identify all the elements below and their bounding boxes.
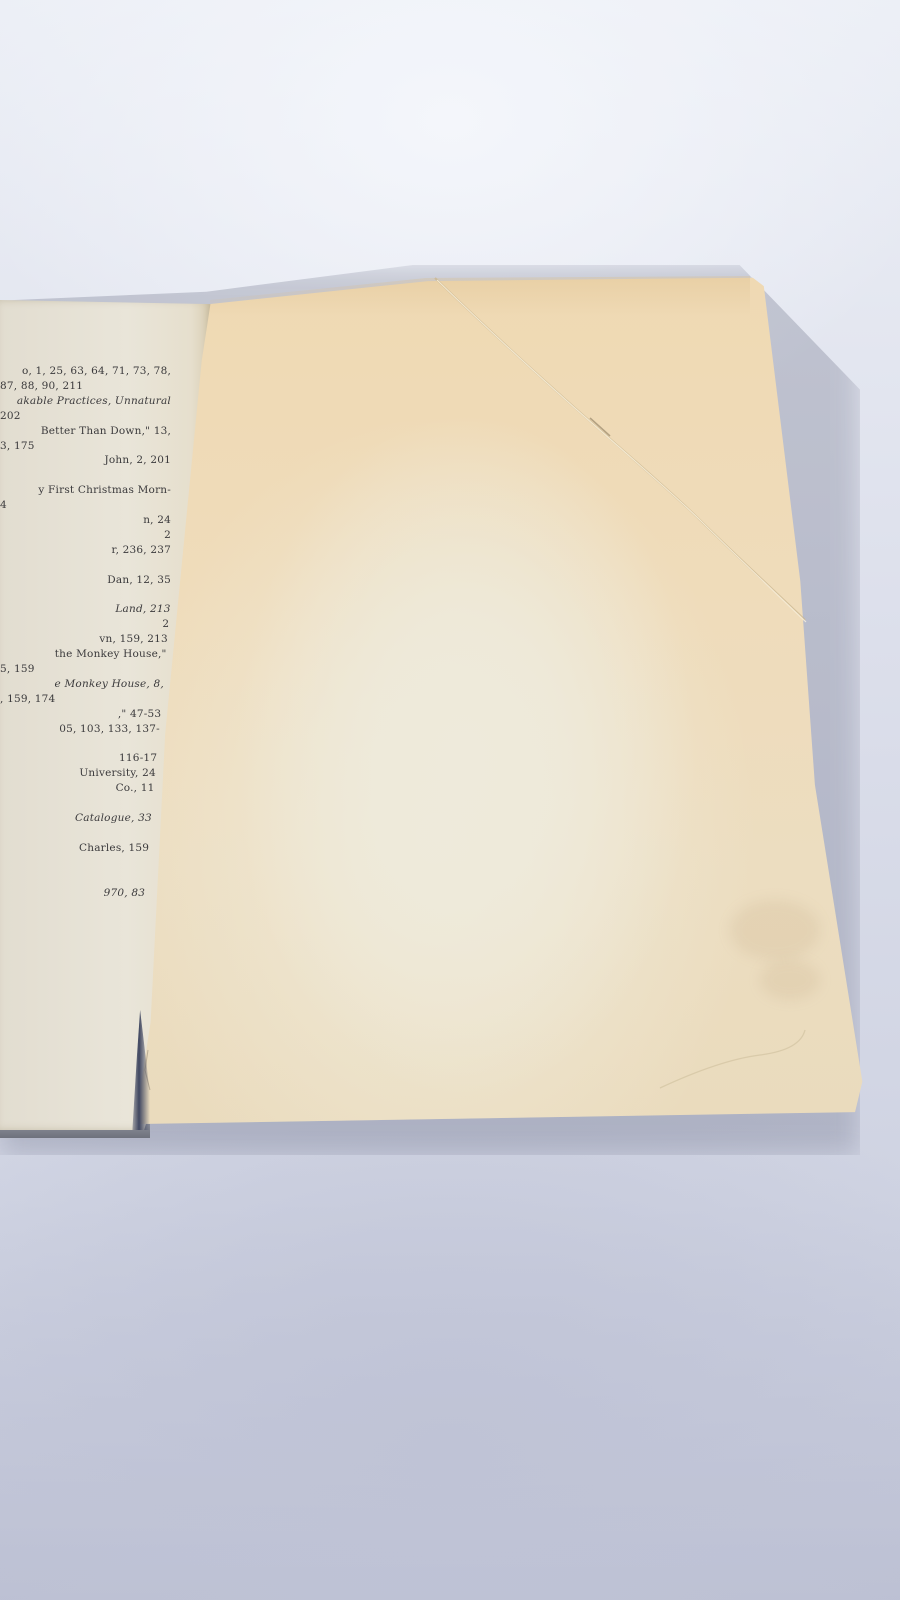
index-entry: o, 1, 25, 63, 64, 71, 73, 78, xyxy=(22,366,171,377)
index-entry: the Monkey House," xyxy=(55,649,167,660)
index-entry: 202 xyxy=(0,411,21,422)
book-photo: o, 1, 25, 63, 64, 71, 73, 78,87, 88, 90,… xyxy=(0,0,900,1600)
index-entry: 116-17 xyxy=(119,753,157,764)
index-entry: 3, 175 xyxy=(0,441,35,452)
index-entry: 2 xyxy=(162,619,169,630)
index-entry: Dan, 12, 35 xyxy=(107,575,171,586)
index-entry: 5, 159 xyxy=(0,664,35,675)
page-stain xyxy=(760,960,820,1000)
index-entry: 970, 83 xyxy=(104,888,145,899)
index-entry: akable Practices, Unnatural xyxy=(17,396,171,407)
index-entry: n, 24 xyxy=(143,515,171,526)
index-entry: 87, 88, 90, 211 xyxy=(0,381,83,392)
index-entry: ," 47-53 xyxy=(118,709,161,720)
index-entry: Land, 213 xyxy=(115,604,170,615)
index-entry: Catalogue, 33 xyxy=(75,813,152,824)
page-stain xyxy=(730,900,820,960)
right-page-endpaper xyxy=(136,276,866,1124)
index-entry: Co., 11 xyxy=(116,783,155,794)
index-entry: 4 xyxy=(0,500,7,511)
index-entry: 05, 103, 133, 137- xyxy=(59,724,160,735)
index-entry: University, 24 xyxy=(79,768,155,779)
index-entry: e Monkey House, 8, xyxy=(55,679,164,690)
index-text-block: o, 1, 25, 63, 64, 71, 73, 78,87, 88, 90,… xyxy=(0,300,175,920)
index-entry: Better Than Down," 13, xyxy=(41,426,171,437)
index-entry: 2 xyxy=(164,530,171,541)
index-entry: vn, 159, 213 xyxy=(99,634,168,645)
index-entry: y First Christmas Morn- xyxy=(38,485,171,496)
index-entry: John, 2, 201 xyxy=(104,455,171,466)
index-entry: , 159, 174 xyxy=(0,694,55,705)
index-entry: Charles, 159 xyxy=(79,843,149,854)
index-entry: r, 236, 237 xyxy=(112,545,172,556)
